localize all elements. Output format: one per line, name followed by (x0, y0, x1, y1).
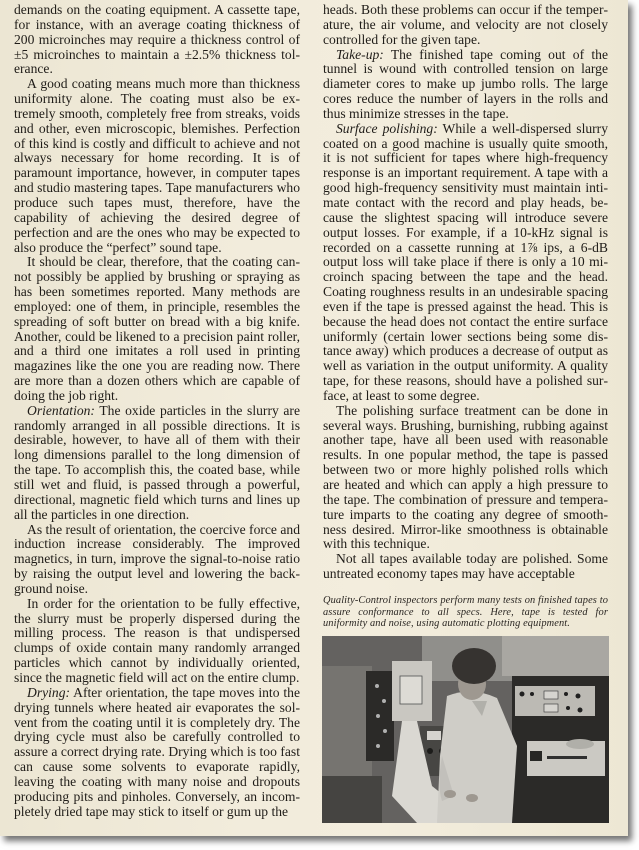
paragraph: The polishing surface treatment can be d… (323, 404, 608, 552)
paragraph: In order for the orientation to be fully… (14, 597, 300, 686)
section-heading-take-up: Take-up: (336, 47, 384, 62)
paragraph-surface-polishing: Surface polishing: While a well-disperse… (323, 122, 608, 404)
magazine-page: demands on the coating equipment. A cass… (0, 0, 628, 836)
paragraph-text: The oxide particles in the slurry are ra… (14, 403, 300, 522)
section-heading-drying: Drying: (27, 685, 70, 700)
paragraph: As the result of orientation, the coerci… (14, 523, 300, 597)
paragraph: demands on the coating equipment. A cass… (14, 3, 300, 77)
paragraph-orientation: Orientation: The oxide particles in the … (14, 404, 300, 523)
figure-caption: Quality-Control inspectors perform many … (323, 595, 608, 630)
paragraph-take-up: Take-up: The finished tape coming out of… (323, 48, 608, 122)
photo-illustration (322, 636, 609, 823)
paragraph: It should be clear, therefore, that the … (14, 255, 300, 403)
section-heading-surface-polishing: Surface polishing: (336, 121, 438, 136)
figure-photo (322, 636, 609, 823)
paragraph: Not all tapes available today are polish… (323, 552, 608, 582)
right-column: heads. Both these problems can occur if … (323, 3, 608, 630)
paragraph: heads. Both these problems can occur if … (323, 3, 608, 48)
paragraph-text: After orientation, the tape moves into t… (14, 685, 300, 819)
section-heading-orientation: Orientation: (27, 403, 95, 418)
paragraph: A good coating means much more than thic… (14, 77, 300, 255)
left-column: demands on the coating equipment. A cass… (14, 3, 300, 819)
paragraph-text: While a well-dispersed slurry coated on … (323, 121, 608, 403)
paragraph-drying: Drying: After orientation, the tape move… (14, 686, 300, 820)
